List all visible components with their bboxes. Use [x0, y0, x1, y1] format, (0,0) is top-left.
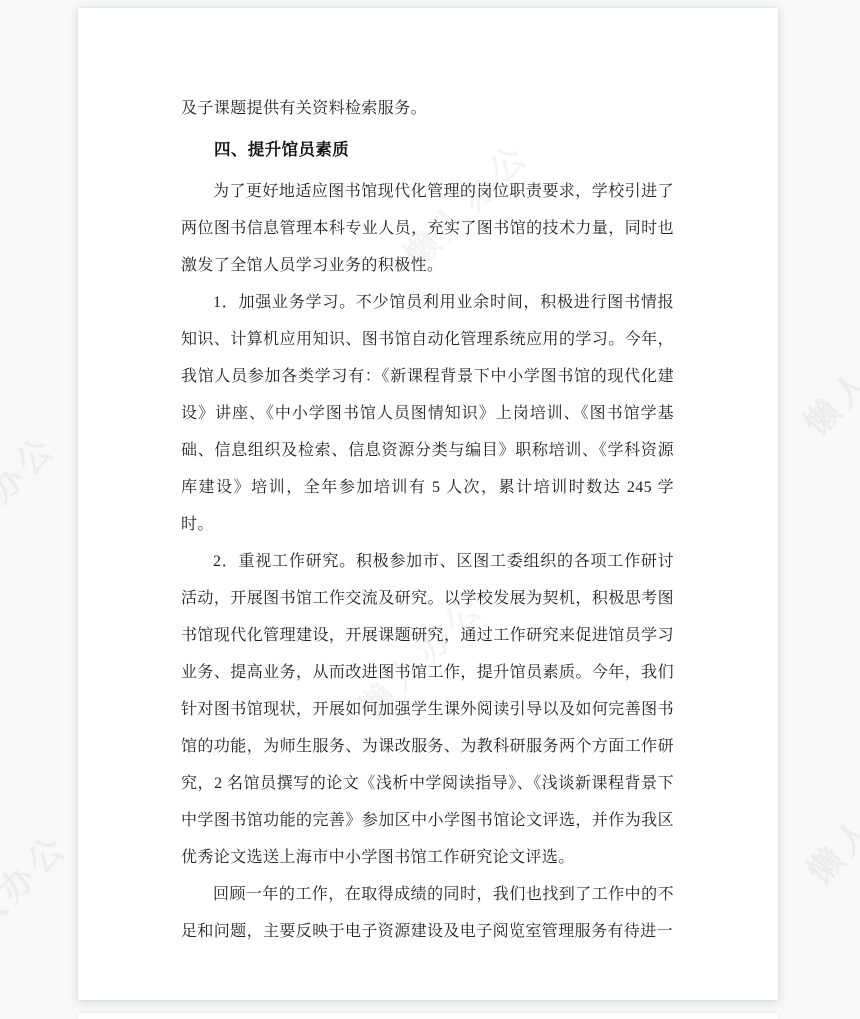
body-paragraph: 为了更好地适应图书馆现代化管理的岗位职责要求，学校引进了两位图书信息管理本科专业… — [181, 173, 674, 284]
watermark: 懒人办公 — [794, 745, 860, 893]
page-sheet: 及子课题提供有关资料检索服务。 四、提升馆员素质 为了更好地适应图书馆现代化管理… — [78, 8, 778, 1000]
watermark: 懒人办公 — [0, 820, 77, 968]
body-paragraph: 回顾一年的工作，在取得成绩的同时，我们也找到了工作中的不足和问题，主要反映于电子… — [181, 876, 674, 950]
page-content: 及子课题提供有关资料检索服务。 四、提升馆员素质 为了更好地适应图书馆现代化管理… — [78, 8, 778, 1000]
body-paragraph-continuation: 及子课题提供有关资料检索服务。 — [181, 90, 674, 127]
section-heading: 四、提升馆员素质 — [181, 132, 674, 169]
document-viewer: 及子课题提供有关资料检索服务。 四、提升馆员素质 为了更好地适应图书馆现代化管理… — [0, 0, 860, 1019]
body-paragraph: 2．重视工作研究。积极参加市、区图工委组织的各项工作研讨活动，开展图书馆工作交流… — [181, 543, 674, 876]
next-page-sheet-edge — [78, 1013, 778, 1019]
body-paragraph: 1．加强业务学习。不少馆员利用业余时间，积极进行图书情报知识、计算机应用知识、图… — [181, 284, 674, 543]
watermark: 懒人办公 — [0, 421, 66, 569]
watermark: 懒人办公 — [791, 297, 860, 445]
